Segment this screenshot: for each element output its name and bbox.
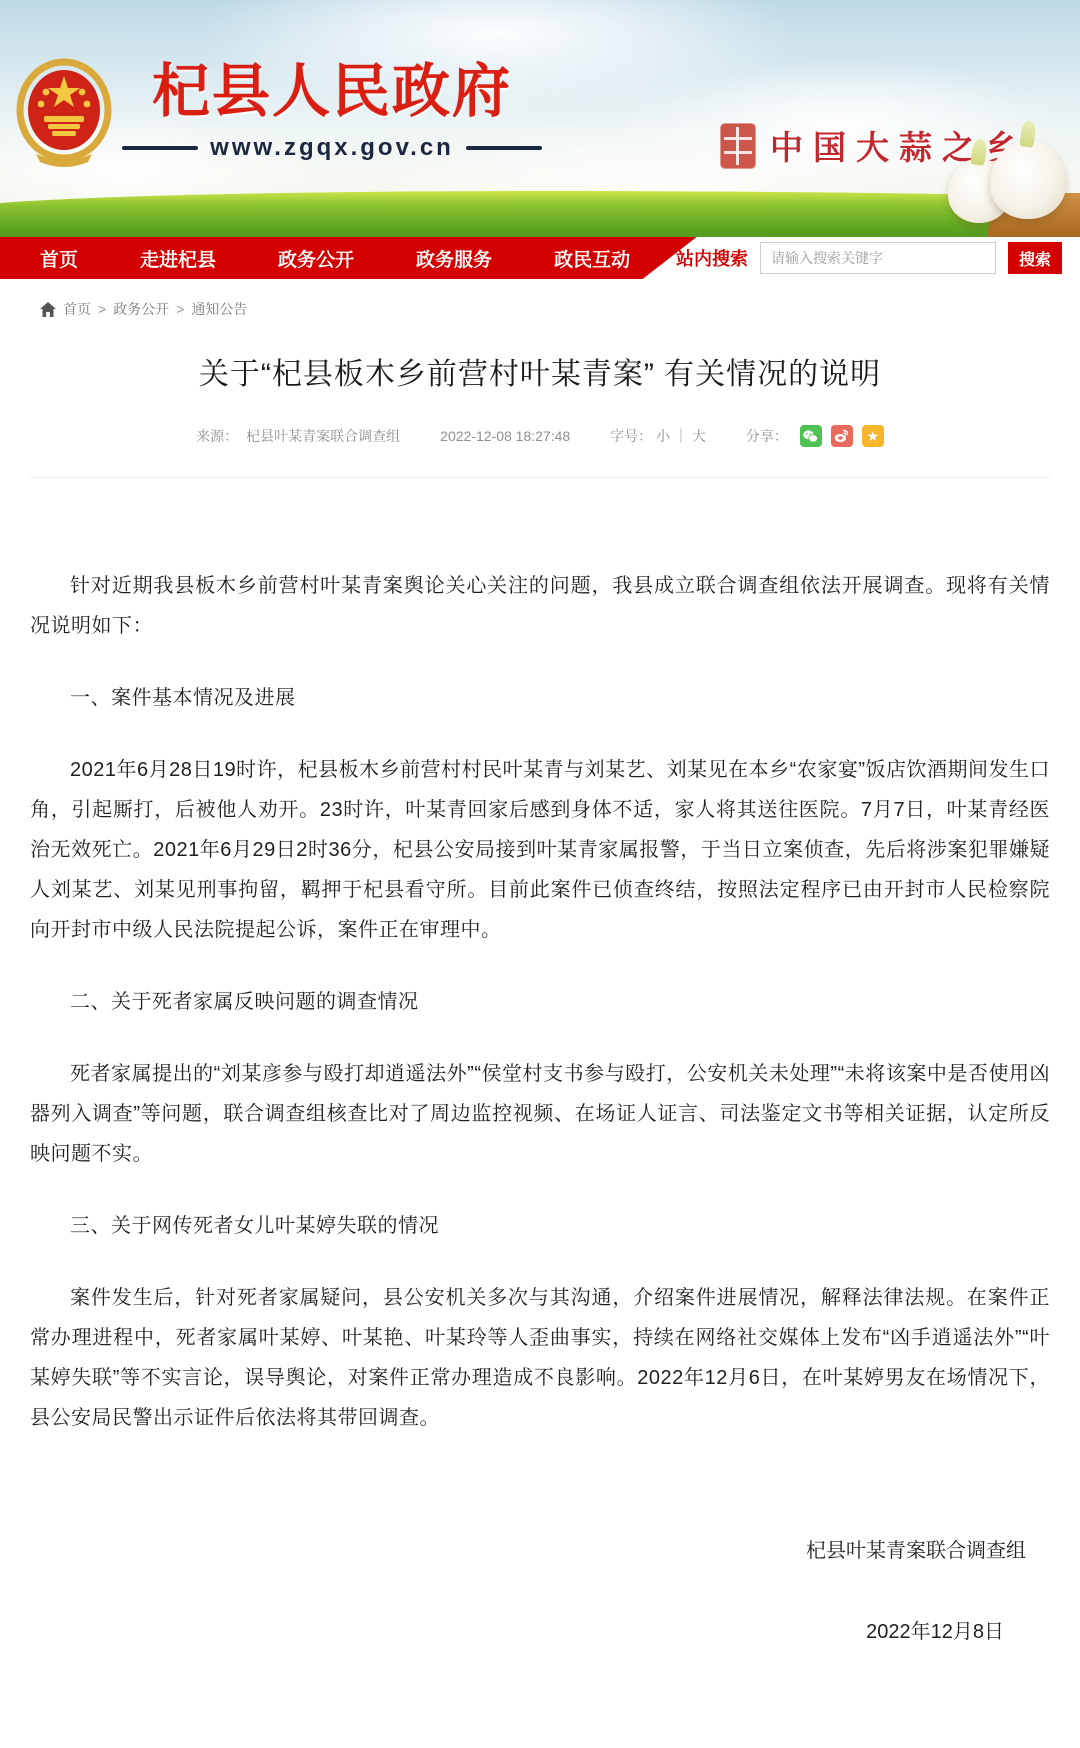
paragraph-section-1: 2021年6月28日19时许，杞县板木乡前营村村民叶某青与刘某艺、刘某见在本乡“…	[30, 750, 1050, 950]
article-meta: 来源： 杞县叶某青案联合调查组 2022-12-08 18:27:48 字号： …	[0, 425, 1080, 447]
favorite-star-icon[interactable]: ★	[862, 425, 884, 447]
site-banner: 杞县人民政府 www.zgqx.gov.cn 中国大蒜之乡	[0, 0, 1080, 237]
nav-item-about[interactable]: 走进杞县	[140, 245, 216, 272]
breadcrumb-home[interactable]: 首页	[63, 299, 91, 319]
weibo-share-icon[interactable]	[831, 425, 853, 447]
section-heading-1: 一、案件基本情况及进展	[30, 678, 1050, 718]
site-title: 杞县人民政府	[122, 60, 542, 124]
main-navbar: 首页 走进杞县 政务公开 政务服务 政民互动 站内搜索 搜索	[0, 237, 1080, 279]
breadcrumb-gov-info[interactable]: 政务公开	[113, 299, 169, 319]
fontsize-control: 字号： 小 ｜ 大	[610, 426, 706, 446]
fontsize-small-button[interactable]: 小	[656, 428, 670, 444]
section-heading-2: 二、关于死者家属反映问题的调查情况	[30, 982, 1050, 1022]
national-emblem-icon	[16, 58, 112, 175]
nav-item-interaction[interactable]: 政民互动	[554, 245, 630, 272]
source-value: 杞县叶某青案联合调查组	[246, 426, 400, 446]
article-signature: 杞县叶某青案联合调查组	[30, 1534, 1050, 1563]
search-label: 站内搜索	[676, 245, 748, 271]
site-url-row: www.zgqx.gov.cn	[122, 134, 542, 162]
red-seal-icon	[720, 123, 756, 169]
breadcrumb: 首页 > 政务公开 > 通知公告	[0, 279, 1080, 319]
article-title: 关于“杞县板木乡前营村叶某青案” 有关情况的说明	[0, 349, 1080, 393]
home-icon	[40, 302, 56, 317]
fontsize-divider: ｜	[674, 428, 688, 444]
garlic-bulb-icon	[990, 141, 1066, 219]
search-input[interactable]	[760, 242, 996, 274]
site-url: www.zgqx.gov.cn	[210, 134, 454, 162]
breadcrumb-separator: >	[98, 301, 106, 317]
share-icon-group: ★	[800, 425, 884, 447]
paragraph-section-3: 案件发生后，针对死者家属疑问，县公安机关多次与其沟通，介绍案件进展情况，解释法律…	[30, 1278, 1050, 1438]
breadcrumb-separator: >	[176, 301, 184, 317]
search-button[interactable]: 搜索	[1008, 242, 1062, 274]
paragraph-intro: 针对近期我县板木乡前营村叶某青案舆论关心关注的问题，我县成立联合调查组依法开展调…	[30, 566, 1050, 646]
nav-item-home[interactable]: 首页	[40, 245, 78, 272]
share-label: 分享：	[746, 426, 788, 446]
url-dash-left	[122, 146, 198, 150]
publish-datetime: 2022-12-08 18:27:48	[440, 428, 570, 444]
source-label: 来源：	[196, 426, 238, 446]
paragraph-section-2: 死者家属提出的“刘某彦参与殴打却逍遥法外”“侯堂村支书参与殴打，公安机关未处理”…	[30, 1054, 1050, 1174]
fontsize-large-button[interactable]: 大	[692, 428, 706, 444]
site-search: 站内搜索 搜索	[676, 237, 1062, 279]
url-dash-right	[466, 146, 542, 150]
breadcrumb-notices[interactable]: 通知公告	[191, 299, 247, 319]
section-heading-3: 三、关于网传死者女儿叶某婷失联的情况	[30, 1206, 1050, 1246]
article-date: 2022年12月8日	[30, 1615, 1050, 1644]
nav-item-gov-info[interactable]: 政务公开	[278, 245, 354, 272]
article-body: 针对近期我县板木乡前营村叶某青案舆论关心关注的问题，我县成立联合调查组依法开展调…	[0, 478, 1080, 1644]
fontsize-label: 字号：	[610, 428, 652, 444]
wechat-share-icon[interactable]	[800, 425, 822, 447]
garlic-image	[910, 127, 1080, 237]
nav-item-gov-service[interactable]: 政务服务	[416, 245, 492, 272]
